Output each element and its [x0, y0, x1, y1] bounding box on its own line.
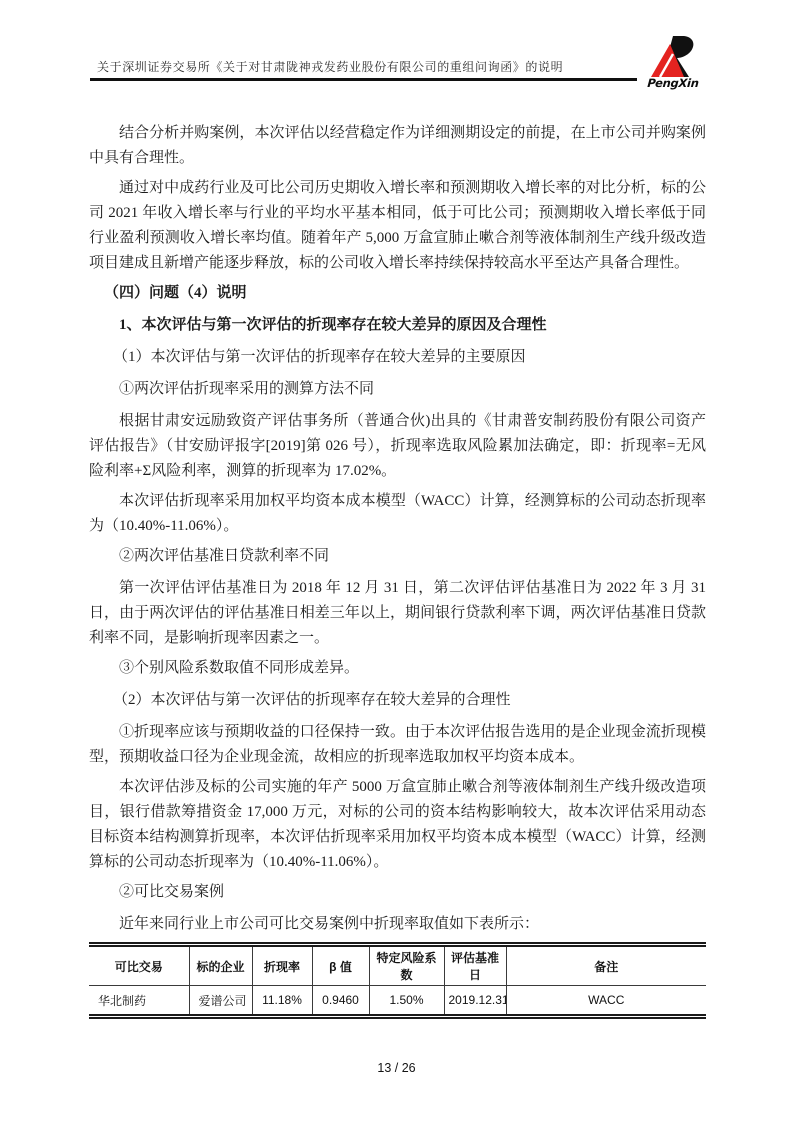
table-cell: 爱谱公司	[189, 986, 252, 1017]
paragraph: 结合分析并购案例，本次评估以经营稳定作为详细测期设定的前提，在上市公司并购案例中…	[89, 121, 706, 171]
table-cell: WACC	[506, 986, 706, 1017]
header-title: 关于深圳证券交易所《关于对甘肃陇神戎发药业股份有限公司的重组问询函》的说明	[97, 58, 563, 75]
header-divider	[90, 78, 637, 81]
paragraph-list: 结合分析并购案例，本次评估以经营稳定作为详细测期设定的前提，在上市公司并购案例中…	[89, 121, 706, 937]
table-header-cell: 可比交易	[89, 945, 189, 986]
paragraph: 本次评估涉及标的公司实施的年产 5000 万盒宣肺止嗽合剂等液体制剂生产线升级改…	[89, 775, 706, 875]
paragraph: 通过对中成药行业及可比公司历史期收入增长率和预测期收入增长率的对比分析，标的公司…	[89, 176, 706, 276]
table-cell: 2019.12.31	[444, 986, 506, 1017]
heading: （四）问题（4）说明	[89, 281, 706, 306]
table-cell: 1.50%	[369, 986, 444, 1017]
paragraph: 本次评估折现率采用加权平均资本成本模型（WACC）计算，经测算标的公司动态折现率…	[89, 489, 706, 539]
heading: （2）本次评估与第一次评估的折现率存在较大差异的合理性	[89, 688, 706, 713]
company-logo: PengXin	[641, 33, 705, 90]
table-cell: 华北制药	[89, 986, 189, 1017]
table-cell: 0.9460	[312, 986, 369, 1017]
paragraph: 根据甘肃安远励致资产评估事务所（普通合伙)出具的《甘肃普安制药股份有限公司资产评…	[89, 409, 706, 484]
document-page: 关于深圳证券交易所《关于对甘肃陇神戎发药业股份有限公司的重组问询函》的说明 Pe…	[0, 0, 793, 1122]
pengxin-r-icon	[648, 33, 698, 79]
table-header-cell: 备注	[506, 945, 706, 986]
heading: ③个别风险系数取值不同形成差异。	[89, 656, 706, 681]
table-header-cell: 特定风险系数	[369, 945, 444, 986]
heading: （1）本次评估与第一次评估的折现率存在较大差异的主要原因	[89, 345, 706, 370]
heading: ②可比交易案例	[89, 880, 706, 905]
table-header-row: 可比交易标的企业折现率β 值特定风险系数评估基准日备注	[89, 945, 706, 986]
paragraph: 近年来同行业上市公司可比交易案例中折现率取值如下表所示：	[89, 912, 706, 937]
table-header-cell: 评估基准日	[444, 945, 506, 986]
paragraph: 第一次评估评估基准日为 2018 年 12 月 31 日，第二次评估评估基准日为…	[89, 576, 706, 651]
table-header-cell: 折现率	[252, 945, 312, 986]
table-header-cell: 标的企业	[189, 945, 252, 986]
paragraph: ①折现率应该与预期收益的口径保持一致。由于本次评估报告选用的是企业现金流折现模型…	[89, 720, 706, 770]
heading: ①两次评估折现率采用的测算方法不同	[89, 377, 706, 402]
heading: ②两次评估基准日贷款利率不同	[89, 544, 706, 569]
heading: 1、本次评估与第一次评估的折现率存在较大差异的原因及合理性	[89, 313, 706, 338]
document-body: 结合分析并购案例，本次评估以经营稳定作为详细测期设定的前提，在上市公司并购案例中…	[89, 121, 706, 1019]
comparable-transactions-table: 可比交易标的企业折现率β 值特定风险系数评估基准日备注 华北制药爱谱公司11.1…	[89, 942, 706, 1019]
table-header-cell: β 值	[312, 945, 369, 986]
table-row: 华北制药爱谱公司11.18%0.94601.50%2019.12.31WACC	[89, 986, 706, 1017]
pengxin-wordmark: PengXin	[641, 76, 706, 90]
table-cell: 11.18%	[252, 986, 312, 1017]
page-number: 13 / 26	[0, 1061, 793, 1075]
